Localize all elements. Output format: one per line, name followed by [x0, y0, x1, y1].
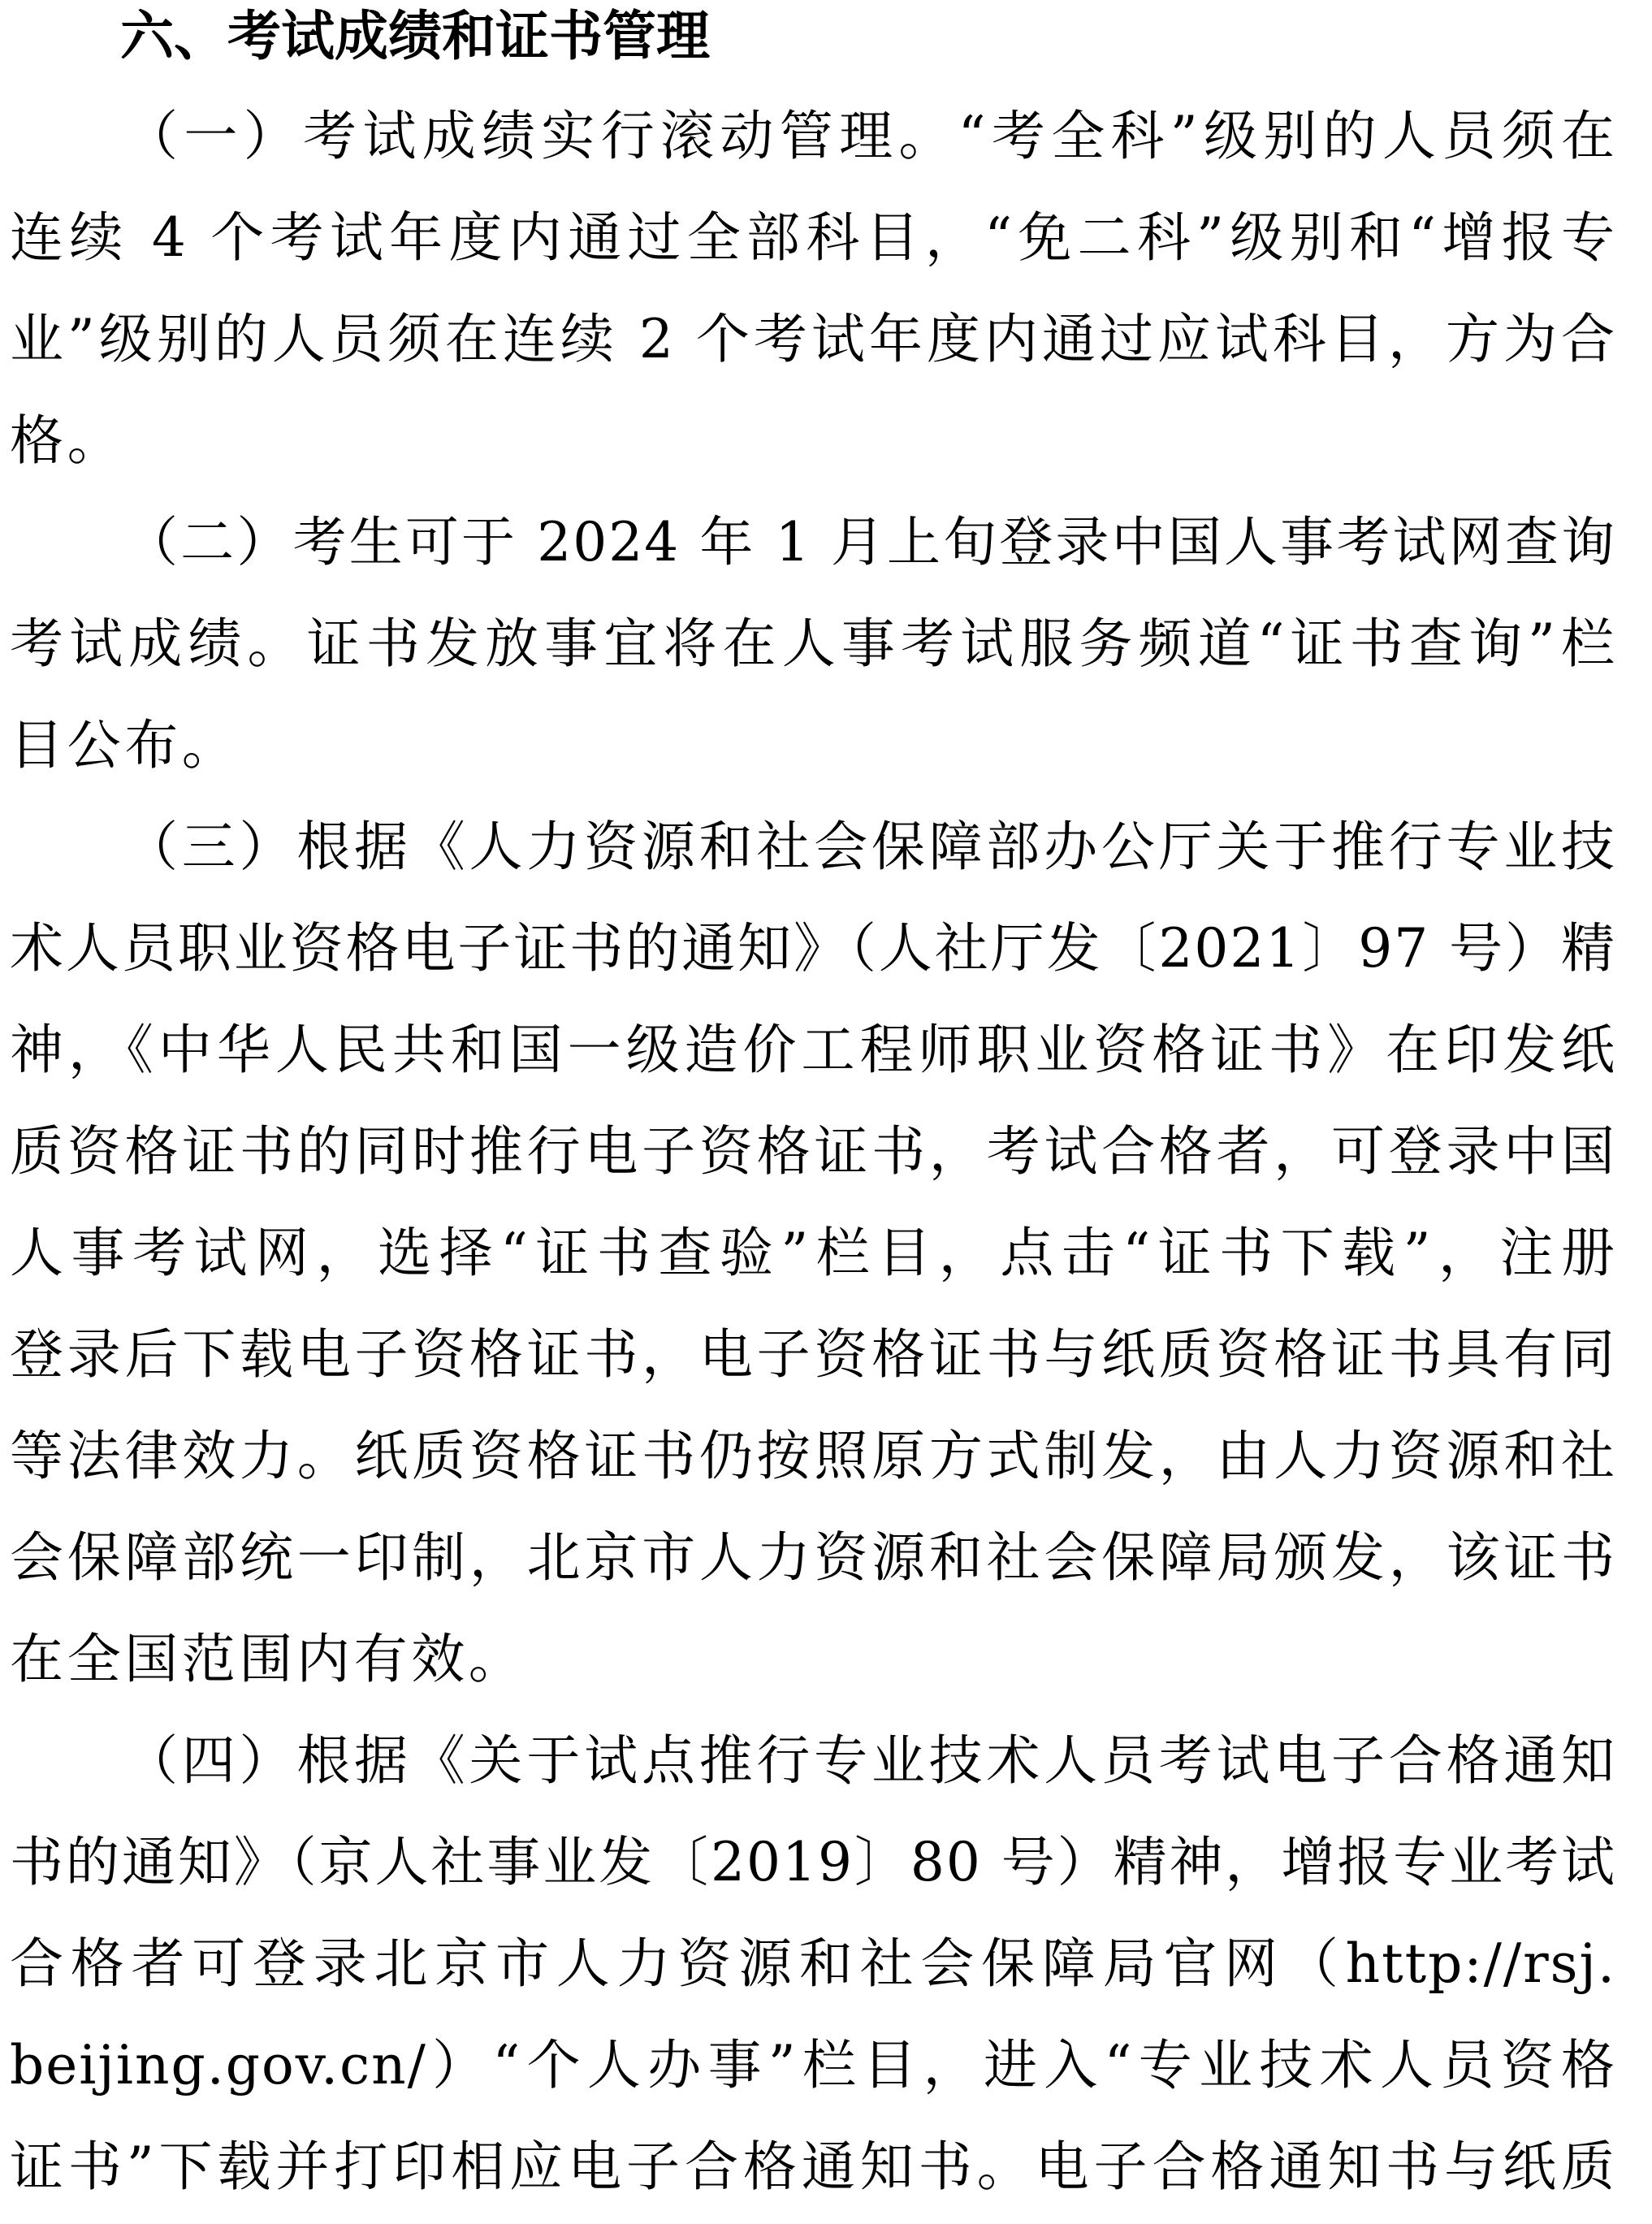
paragraph-2-score-query: （二）考生可于 2024 年 1 月上旬登录中国人事考试网查询 考试成绩。证书发… [10, 491, 1616, 796]
paragraph-line: 术人员职业资格电子证书的通知》（人社厅发〔2021〕97 号）精 [10, 898, 1616, 999]
document-page: 六、考试成绩和证书管理 （一）考试成绩实行滚动管理。“考全科”级别的人员须在 连… [0, 0, 1652, 2224]
paragraph-line: 格。 [10, 390, 1616, 491]
paragraph-line: 书的通知》（京人社事业发〔2019〕80 号）精神，增报专业考试 [10, 1811, 1616, 1913]
paragraph-line: 考试成绩。证书发放事宜将在人事考试服务频道“证书查询”栏 [10, 593, 1616, 694]
paragraph-line: 连续 4 个考试年度内通过全部科目，“免二科”级别和“增报专 [10, 187, 1616, 288]
paragraph-line: 人事考试网，选择“证书查验”栏目，点击“证书下载”，注册 [10, 1202, 1616, 1304]
paragraph-line: 登录后下载电子资格证书，电子资格证书与纸质资格证书具有同 [10, 1304, 1616, 1405]
paragraph-line: beijing.gov.cn/）“个人办事”栏目，进入“专业技术人员资格 [10, 2014, 1616, 2116]
paragraph-line: 质资格证书的同时推行电子资格证书，考试合格者，可登录中国 [10, 1101, 1616, 1202]
paragraph-line: （四）根据《关于试点推行专业技术人员考试电子合格通知 [10, 1710, 1616, 1811]
paragraph-line: （一）考试成绩实行滚动管理。“考全科”级别的人员须在 [10, 85, 1616, 187]
paragraph-4-electronic-pass-notice: （四）根据《关于试点推行专业技术人员考试电子合格通知 书的通知》（京人社事业发〔… [10, 1710, 1616, 2218]
paragraph-3-electronic-certificate: （三）根据《人力资源和社会保障部办公厅关于推行专业技 术人员职业资格电子证书的通… [10, 796, 1616, 1710]
paragraph-line: 合格者可登录北京市人力资源和社会保障局官网（http://rsj. [10, 1913, 1616, 2014]
paragraph-line: 神，《中华人民共和国一级造价工程师职业资格证书》在印发纸 [10, 999, 1616, 1101]
paragraph-line: 会保障部统一印制，北京市人力资源和社会保障局颁发，该证书 [10, 1507, 1616, 1608]
paragraph-1-score-rolling-management: （一）考试成绩实行滚动管理。“考全科”级别的人员须在 连续 4 个考试年度内通过… [10, 85, 1616, 491]
paragraph-line: 业”级别的人员须在连续 2 个考试年度内通过应试科目，方为合 [10, 288, 1616, 390]
document-body: （一）考试成绩实行滚动管理。“考全科”级别的人员须在 连续 4 个考试年度内通过… [10, 85, 1616, 2218]
section-heading: 六、考试成绩和证书管理 [120, 0, 710, 73]
paragraph-line: （三）根据《人力资源和社会保障部办公厅关于推行专业技 [10, 796, 1616, 898]
paragraph-line: （二）考生可于 2024 年 1 月上旬登录中国人事考试网查询 [10, 491, 1616, 593]
paragraph-line: 等法律效力。纸质资格证书仍按照原方式制发，由人力资源和社 [10, 1405, 1616, 1507]
paragraph-line: 目公布。 [10, 694, 1616, 796]
paragraph-line: 证书”下载并打印相应电子合格通知书。电子合格通知书与纸质 [10, 2116, 1616, 2218]
paragraph-line: 在全国范围内有效。 [10, 1608, 1616, 1710]
